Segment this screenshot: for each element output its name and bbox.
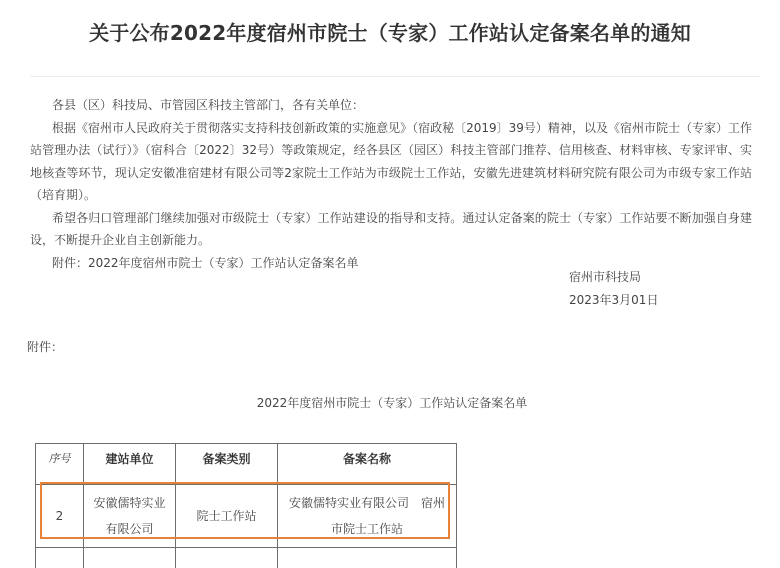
title-divider bbox=[30, 76, 760, 77]
issue-date: 2023年3月01日 bbox=[569, 289, 658, 312]
table-row: 2 安徽儒特实业有限公司 院士工作站 安徽儒特实业有限公司 宿州市院士工作站 bbox=[36, 485, 457, 548]
cell-empty bbox=[36, 548, 84, 568]
notice-body: 各县（区）科技局、市管园区科技主管部门，各有关单位： 根据《宿州市人民政府关于贯… bbox=[30, 94, 752, 274]
cell-name: 安徽儒特实业有限公司 宿州市院士工作站 bbox=[278, 485, 457, 548]
table-row-partial bbox=[36, 548, 457, 568]
page-title: 关于公布2022年度宿州市院士（专家）工作站认定备案名单的通知 bbox=[0, 17, 780, 46]
filing-table: 序号 建站单位 备案类别 备案名称 2 安徽儒特实业有限公司 院士工作站 安徽儒… bbox=[35, 443, 457, 568]
header-name: 备案名称 bbox=[278, 444, 457, 485]
basis-paragraph: 根据《宿州市人民政府关于贯彻落实支持科技创新政策的实施意见》（宿政秘〔2019〕… bbox=[30, 117, 752, 207]
signature-block: 宿州市科技局 2023年3月01日 bbox=[569, 266, 658, 311]
salutation-paragraph: 各县（区）科技局、市管园区科技主管部门，各有关单位： bbox=[30, 94, 752, 117]
header-category: 备案类别 bbox=[176, 444, 278, 485]
cell-seq: 2 bbox=[36, 485, 84, 548]
list-title: 2022年度宿州市院士（专家）工作站认定备案名单 bbox=[0, 394, 780, 411]
cell-category: 院士工作站 bbox=[176, 485, 278, 548]
cell-unit: 安徽儒特实业有限公司 bbox=[84, 485, 176, 548]
attachment-label: 附件： bbox=[27, 338, 63, 355]
filing-table-container: 序号 建站单位 备案类别 备案名称 2 安徽儒特实业有限公司 院士工作站 安徽儒… bbox=[35, 443, 456, 568]
header-seq: 序号 bbox=[36, 444, 84, 485]
expectation-paragraph: 希望各归口管理部门继续加强对市级院士（专家）工作站建设的指导和支持。通过认定备案… bbox=[30, 207, 752, 252]
table-header-row: 序号 建站单位 备案类别 备案名称 bbox=[36, 444, 457, 485]
cell-empty bbox=[278, 548, 457, 568]
cell-empty bbox=[176, 548, 278, 568]
header-unit: 建站单位 bbox=[84, 444, 176, 485]
issuer-name: 宿州市科技局 bbox=[569, 266, 658, 289]
cell-empty bbox=[84, 548, 176, 568]
